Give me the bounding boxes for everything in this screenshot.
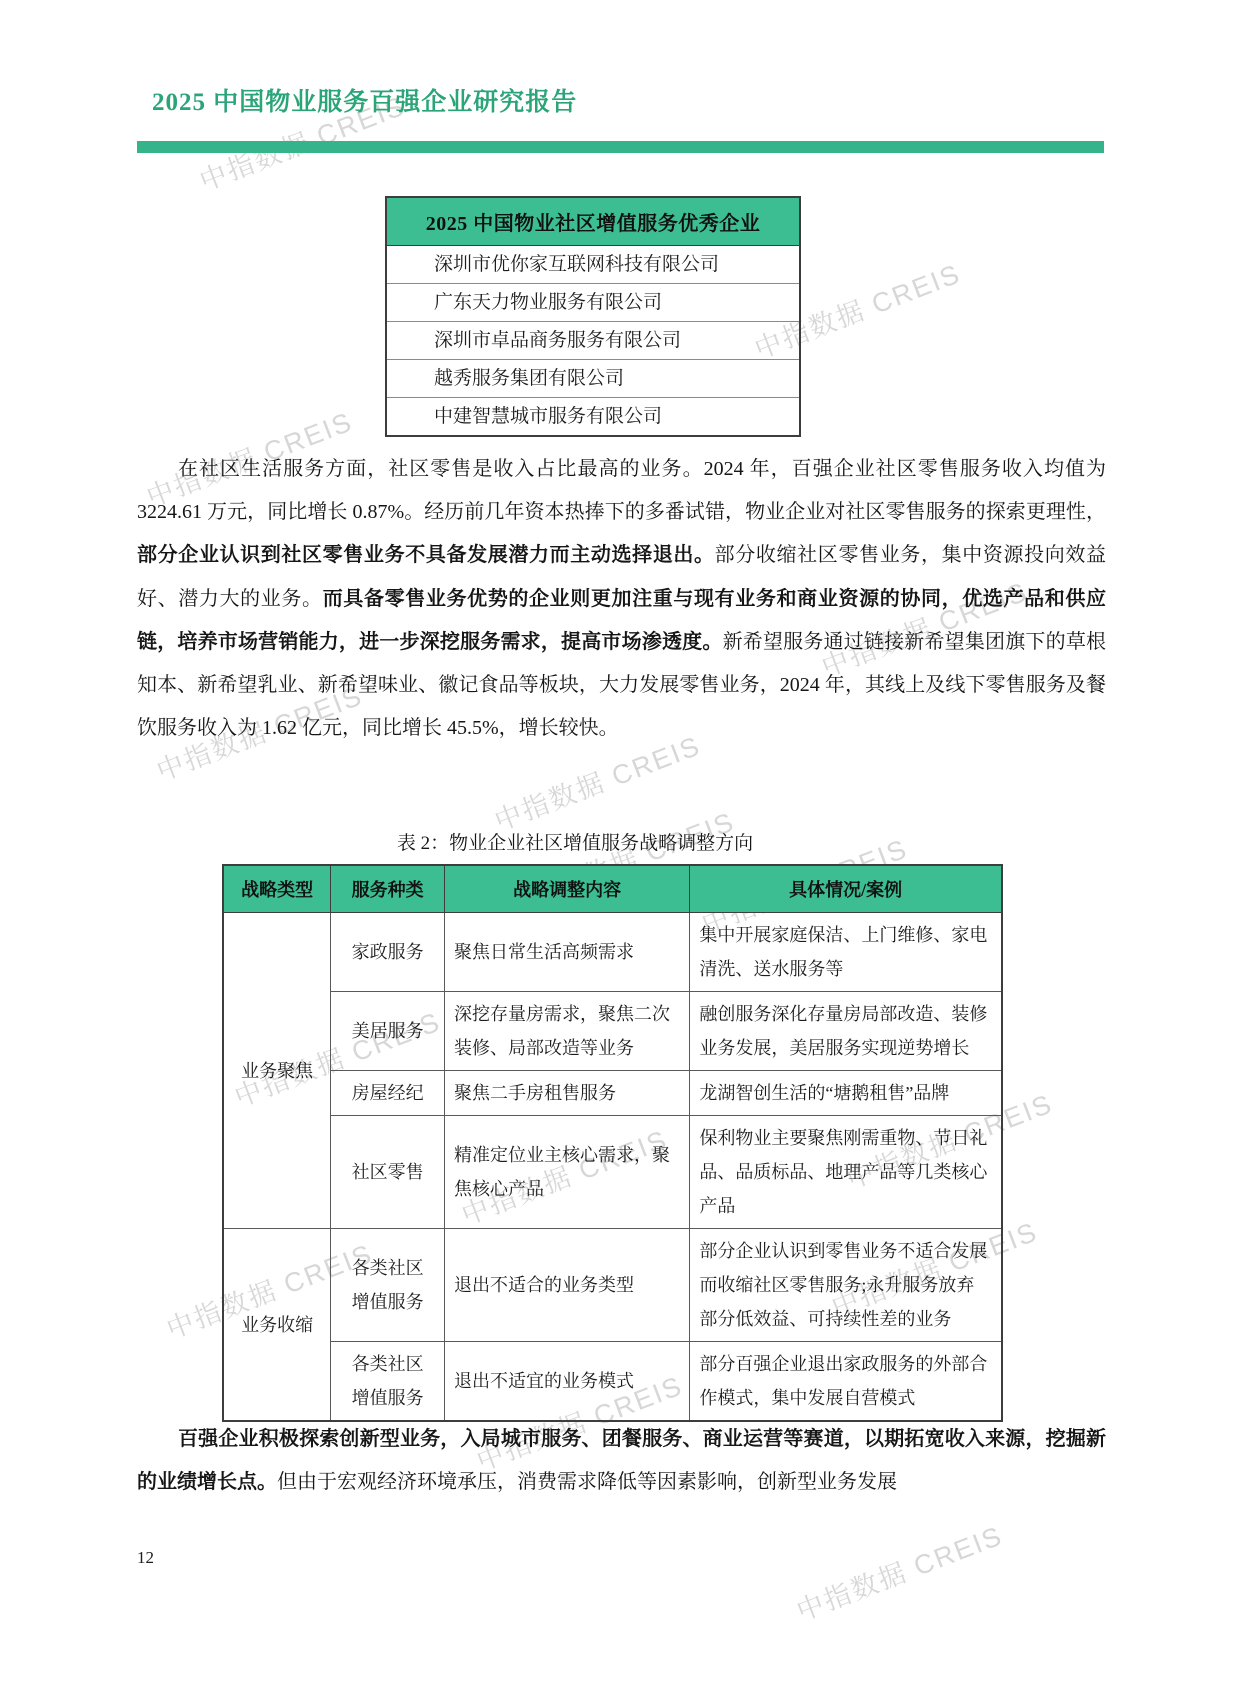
- award-table-title: 2025 中国物业社区增值服务优秀企业: [387, 198, 799, 246]
- paragraph-innovation-business: 百强企业积极探索创新型业务，入局城市服务、团餐服务、商业运营等赛道，以期拓宽收入…: [137, 1418, 1106, 1504]
- strategy-table: 战略类型服务种类战略调整内容具体情况/案例 业务聚焦家政服务聚焦日常生活高频需求…: [222, 864, 1003, 1422]
- paragraph-community-retail: 在社区生活服务方面，社区零售是收入占比最高的业务。2024 年，百强企业社区零售…: [137, 448, 1106, 750]
- strategy-case-cell: 龙湖智创生活的“塘鹅租售”品牌: [690, 1071, 1002, 1116]
- strategy-case-cell: 保利物业主要聚焦刚需重物、节日礼品、品质标品、地理产品等几类核心产品: [690, 1116, 1002, 1229]
- strategy-service-cell: 各类社区增值服务: [331, 1229, 445, 1342]
- strategy-case-cell: 部分百强企业退出家政服务的外部合作模式，集中发展自营模式: [690, 1342, 1002, 1422]
- award-table-row: 越秀服务集团有限公司: [387, 360, 799, 398]
- text-run: 部分企业认识到社区零售业务不具备发展潜力而主动选择退出。: [137, 544, 715, 566]
- strategy-table-row: 美居服务深挖存量房需求，聚焦二次装修、局部改造等业务融创服务深化存量房局部改造、…: [223, 992, 1002, 1071]
- strategy-adjustment-cell: 退出不适宜的业务模式: [445, 1342, 690, 1422]
- header-divider-bar: [137, 141, 1104, 153]
- strategy-type-cell: 业务聚焦: [223, 913, 331, 1229]
- award-table-row: 中建智慧城市服务有限公司: [387, 398, 799, 435]
- strategy-service-cell: 房屋经纪: [331, 1071, 445, 1116]
- strategy-service-cell: 家政服务: [331, 913, 445, 992]
- strategy-table-header-cell: 具体情况/案例: [690, 865, 1002, 913]
- strategy-table-row: 社区零售精准定位业主核心需求，聚焦核心产品保利物业主要聚焦刚需重物、节日礼品、品…: [223, 1116, 1002, 1229]
- text-run: 在社区生活服务方面，社区零售是收入占比最高的业务。2024 年，百强企业社区零售…: [137, 458, 1106, 523]
- strategy-table-row: 房屋经纪聚焦二手房租售服务龙湖智创生活的“塘鹅租售”品牌: [223, 1071, 1002, 1116]
- award-table: 2025 中国物业社区增值服务优秀企业 深圳市优你家互联网科技有限公司广东天力物…: [385, 196, 801, 437]
- strategy-service-cell: 社区零售: [331, 1116, 445, 1229]
- strategy-table-row: 业务收缩各类社区增值服务退出不适合的业务类型部分企业认识到零售业务不适合发展而收…: [223, 1229, 1002, 1342]
- strategy-table-header-cell: 战略类型: [223, 865, 331, 913]
- strategy-adjustment-cell: 精准定位业主核心需求，聚焦核心产品: [445, 1116, 690, 1229]
- strategy-type-cell: 业务收缩: [223, 1229, 331, 1422]
- award-table-body: 深圳市优你家互联网科技有限公司广东天力物业服务有限公司深圳市卓品商务服务有限公司…: [387, 246, 799, 435]
- strategy-table-body: 业务聚焦家政服务聚焦日常生活高频需求集中开展家庭保洁、上门维修、家电清洗、送水服…: [223, 913, 1002, 1422]
- strategy-table-header-row: 战略类型服务种类战略调整内容具体情况/案例: [223, 865, 1002, 913]
- strategy-case-cell: 融创服务深化存量房局部改造、装修业务发展，美居服务实现逆势增长: [690, 992, 1002, 1071]
- text-run: 但由于宏观经济环境承压，消费需求降低等因素影响，创新型业务发展: [277, 1471, 897, 1493]
- page-number: 12: [137, 1548, 154, 1568]
- award-table-row: 深圳市优你家互联网科技有限公司: [387, 246, 799, 284]
- strategy-case-cell: 部分企业认识到零售业务不适合发展而收缩社区零售服务;永升服务放弃部分低效益、可持…: [690, 1229, 1002, 1342]
- strategy-adjustment-cell: 深挖存量房需求，聚焦二次装修、局部改造等业务: [445, 992, 690, 1071]
- strategy-service-cell: 美居服务: [331, 992, 445, 1071]
- report-title: 2025 中国物业服务百强企业研究报告: [152, 82, 577, 118]
- strategy-table-row: 业务聚焦家政服务聚焦日常生活高频需求集中开展家庭保洁、上门维修、家电清洗、送水服…: [223, 913, 1002, 992]
- strategy-service-cell: 各类社区增值服务: [331, 1342, 445, 1422]
- award-table-row: 广东天力物业服务有限公司: [387, 284, 799, 322]
- award-table-row: 深圳市卓品商务服务有限公司: [387, 322, 799, 360]
- strategy-case-cell: 集中开展家庭保洁、上门维修、家电清洗、送水服务等: [690, 913, 1002, 992]
- watermark: 中指数据 CREIS: [790, 1514, 1008, 1629]
- document-page: { "page": { "header_title": "2025 中国物业服务…: [0, 0, 1241, 1684]
- strategy-adjustment-cell: 聚焦二手房租售服务: [445, 1071, 690, 1116]
- table2-caption: 表 2：物业企业社区增值服务战略调整方向: [0, 828, 1150, 855]
- strategy-adjustment-cell: 退出不适合的业务类型: [445, 1229, 690, 1342]
- strategy-table-header-cell: 战略调整内容: [445, 865, 690, 913]
- strategy-table-header-cell: 服务种类: [331, 865, 445, 913]
- strategy-table-row: 各类社区增值服务退出不适宜的业务模式部分百强企业退出家政服务的外部合作模式，集中…: [223, 1342, 1002, 1422]
- strategy-adjustment-cell: 聚焦日常生活高频需求: [445, 913, 690, 992]
